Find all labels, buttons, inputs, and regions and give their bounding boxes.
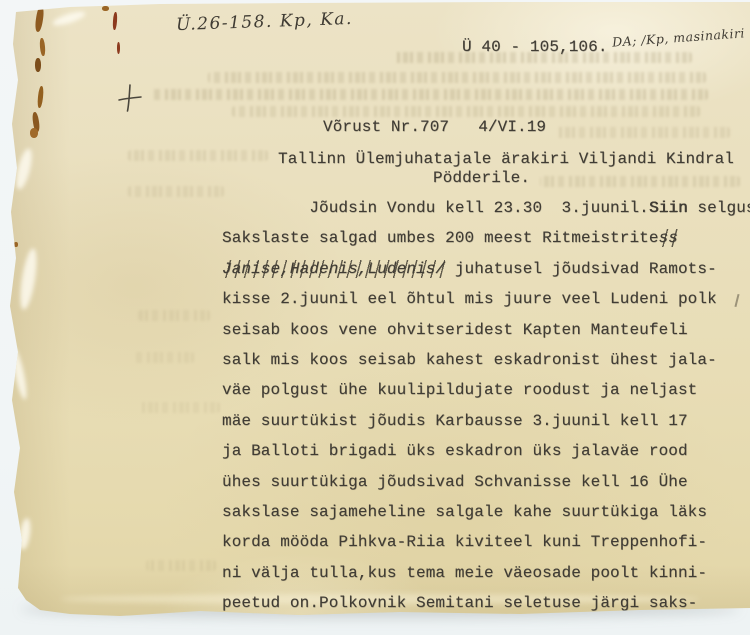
- recipient-line-1: Tallinn Ülemjuhatajale ärakiri Viljandi …: [278, 150, 734, 168]
- recipient-line-2: Pödderile.: [433, 169, 530, 187]
- bleed-through-line: [146, 560, 216, 571]
- typed-line: kisse 2.juunil eel õhtul mis juure veel …: [222, 284, 750, 314]
- crease: [51, 9, 86, 28]
- stain: [112, 12, 117, 30]
- typed-line: ja Balloti brigadi üks eskadron üks jala…: [222, 436, 750, 466]
- stain: [34, 6, 45, 33]
- typed-line: Sakslaste salgad umbes 200 meest Ritmeis…: [222, 223, 750, 253]
- crease: [17, 247, 40, 310]
- handwritten-cross-mark: [116, 82, 144, 114]
- dateline: Võrust Nr.707 4/VI.19: [323, 118, 546, 136]
- bleed-through-line: [152, 89, 708, 100]
- typed-line: ühes suurtükiga jõudsivad Schvanisse kel…: [222, 467, 750, 497]
- typed-line: väe polgust ühe kuulipildujate roodust j…: [222, 375, 750, 405]
- stain: [102, 6, 109, 11]
- typed-line: seisab koos vene ohvitseridest Kapten Ma…: [222, 315, 750, 345]
- stain: [117, 42, 120, 54]
- typed-ref-number: Ü 40 - 105,106.: [462, 38, 608, 56]
- bleed-through-line: [232, 106, 700, 117]
- typed-line: mäe suurtükist jõudis Karbausse 3.juunil…: [222, 406, 750, 436]
- handwritten-ref-top-left: Ü.26-158. Kp, Ka.: [176, 9, 354, 35]
- stain: [39, 38, 46, 56]
- bleed-through-line: [138, 310, 210, 321]
- stain: [35, 58, 41, 72]
- bleed-through-line: [556, 127, 730, 138]
- typed-line: Jõudsin Vondu kell 23.30 3.juunil.Siin s…: [222, 193, 750, 223]
- typed-line: salk mis koos seisab kahest eskadronist …: [222, 345, 750, 375]
- crease: [18, 517, 32, 550]
- folded-corner: [14, 594, 40, 618]
- paper-sheet: Ü.26-158. Kp, Ka. Ü 40 - 105,106. DA; /K…: [0, 0, 750, 635]
- typed-line: sakslase sajameheline salgale kahe suurt…: [222, 497, 750, 527]
- stain: [14, 242, 18, 247]
- typed-line: korda mööda Pihkva-Riia kiviteel kuni Tr…: [222, 527, 750, 557]
- stain: [30, 128, 38, 138]
- stain: [37, 86, 44, 108]
- bleed-through-line: [134, 352, 194, 363]
- bleed-through-line: [540, 176, 740, 187]
- scanned-document: Ü.26-158. Kp, Ka. Ü 40 - 105,106. DA; /K…: [0, 0, 750, 635]
- bleed-through-line: [140, 402, 220, 413]
- typed-line: Janise,Hadenis,Ludenis/ juhatusel jõudsi…: [222, 254, 750, 284]
- bleed-through-line: [128, 186, 224, 197]
- crease: [13, 147, 35, 191]
- stain: [8, 468, 13, 474]
- crease: [10, 348, 30, 401]
- document-body: Jõudsin Vondu kell 23.30 3.juunil.Siin s…: [222, 193, 750, 618]
- bleed-through-line: [208, 72, 706, 83]
- typed-line: ni välja tulla,kus tema meie väeosade po…: [222, 558, 750, 588]
- bleed-through-line: [128, 150, 268, 161]
- handwritten-ref-top-right: DA; /Kp, masinakiri: [612, 25, 746, 49]
